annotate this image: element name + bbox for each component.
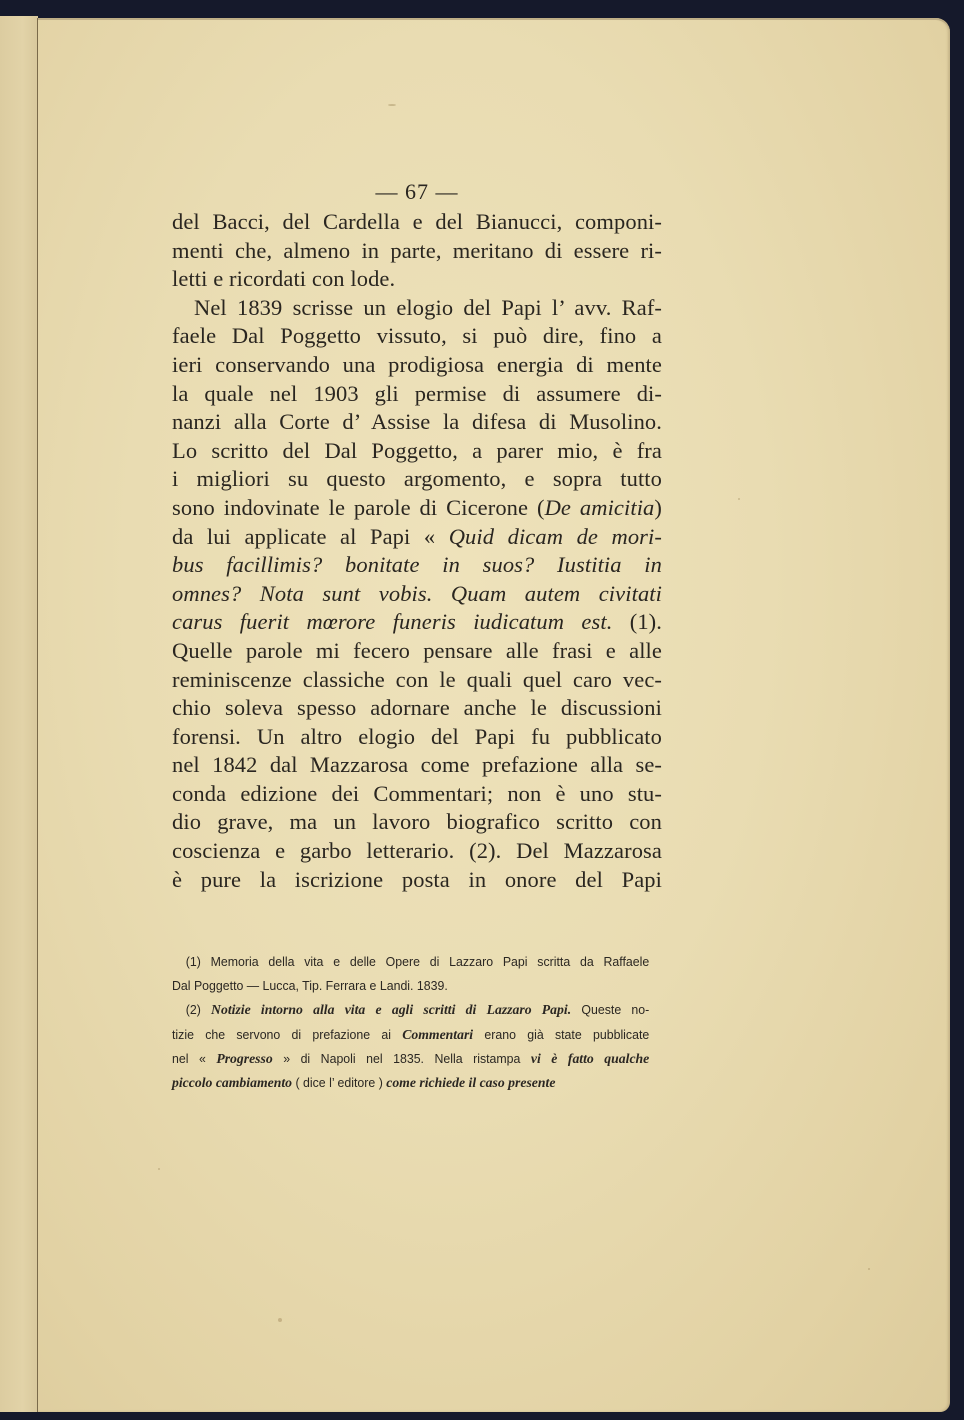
- text-line: nel 1842 dal Mazzarosa come prefazione a…: [172, 751, 662, 780]
- footnote-1-line: (1) Memoria della vita e delle Opere di …: [172, 950, 649, 974]
- page-number: — 67 —: [172, 178, 662, 208]
- text-line: è pure la iscrizione posta in onore del …: [172, 866, 662, 895]
- latin-quote-line: bus facillimis? bonitate in suos? Iustit…: [172, 551, 662, 580]
- text-line-cicerone: sono indovinate le parole di Cicerone (D…: [172, 494, 662, 523]
- paper-speck: [158, 1168, 160, 1170]
- text-line: la quale nel 1903 gli permise di assumer…: [172, 380, 662, 409]
- latin-quote: carus fuerit mœrore funeris iudicatum es…: [172, 609, 612, 634]
- latin-quote-line: omnes? Nota sunt vobis. Quam autem civit…: [172, 580, 662, 609]
- text-line: reminiscenze classiche con le quali quel…: [172, 666, 662, 695]
- footnote-title-italic: Notizie intorno alla vita e agli scritti…: [211, 1003, 571, 1018]
- text-line: coscienza e garbo letterario. (2). Del M…: [172, 837, 662, 866]
- paper-speck: [738, 498, 740, 500]
- text-line: dio grave, ma un lavoro biografico scrit…: [172, 808, 662, 837]
- text-line: Quelle parole mi fecero pensare alle fra…: [172, 637, 662, 666]
- book-title-italic: De amicitia: [545, 495, 655, 520]
- text-line: letti e ricordati con lode.: [172, 265, 662, 294]
- text-line: i migliori su questo argomento, e sopra …: [172, 465, 662, 494]
- text-line: conda edizione dei Commentari; non è uno…: [172, 780, 662, 809]
- footnote-2-line: nel « Progresso » di Napoli nel 1835. Ne…: [172, 1047, 649, 1071]
- text-line: Lo scritto del Dal Poggetto, a parer mio…: [172, 437, 662, 466]
- text-line: del Bacci, del Cardella e del Bianucci, …: [172, 208, 662, 237]
- main-text: — 67 — del Bacci, del Cardella e del Bia…: [172, 178, 662, 894]
- paper-speck: [388, 104, 396, 106]
- footnote-ref-1: (1).: [612, 609, 662, 634]
- text-line: menti che, almeno in parte, meritano di …: [172, 237, 662, 266]
- text-line-quote-start: da lui applicate al Papi « Quid dicam de…: [172, 523, 662, 552]
- paper-speck: [868, 1268, 870, 1270]
- text-line: forensi. Un altro elogio del Papi fu pub…: [172, 723, 662, 752]
- latin-quote: Quid dicam de mori-: [449, 524, 662, 549]
- footnote-1-line: Dal Poggetto — Lucca, Tip. Ferrara e Lan…: [172, 974, 649, 998]
- footnotes: (1) Memoria della vita e delle Opere di …: [172, 950, 659, 1095]
- footnote-2-line: piccolo cambiamento ( dice l’ editore ) …: [172, 1071, 649, 1095]
- footnote-2-line: (2) Notizie intorno alla vita e agli scr…: [172, 998, 649, 1022]
- text-line: faele Dal Poggetto vissuto, si può dire,…: [172, 322, 662, 351]
- paper-speck: [278, 1318, 282, 1322]
- text-line: Nel 1839 scrisse un elogio del Papi l’ a…: [172, 294, 662, 323]
- footnote-2-line: tizie che servono di prefazione ai Comme…: [172, 1023, 649, 1047]
- text-line-quote-end: carus fuerit mœrore funeris iudicatum es…: [172, 608, 662, 637]
- previous-page-edge: [0, 16, 38, 1412]
- text-line: nanzi alla Corte d’ Assise la difesa di …: [172, 408, 662, 437]
- text-line: ieri conservando una prodigiosa energia …: [172, 351, 662, 380]
- text-line: chio soleva spesso adornare anche le dis…: [172, 694, 662, 723]
